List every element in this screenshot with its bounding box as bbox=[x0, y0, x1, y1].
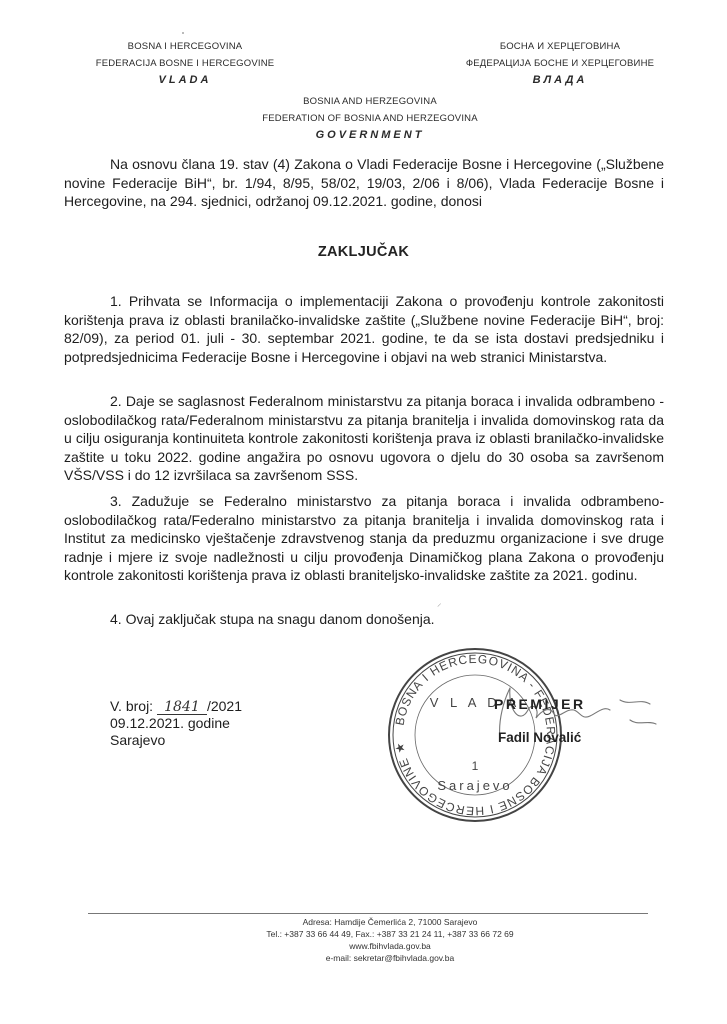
header-left-country: BOSNA I HERCEGOVINA bbox=[70, 38, 300, 55]
footer-divider bbox=[88, 913, 648, 914]
signatory-name: Fadil Novalić bbox=[498, 730, 581, 745]
reference-number-label: V. broj: bbox=[110, 698, 153, 714]
header-right-country: БОСНА И ХЕРЦЕГОВИНА bbox=[430, 38, 690, 55]
header-center-government: GOVERNMENT bbox=[210, 127, 530, 144]
document-title: ZAKLJUČAK bbox=[0, 244, 727, 260]
reference-number-handwritten: 1841 bbox=[157, 700, 207, 715]
reference-number-year: /2021 bbox=[207, 698, 242, 714]
header-right-federation: ФЕДЕРАЦИЈА БОСНЕ И ХЕРЦЕГОВИНЕ bbox=[430, 55, 690, 72]
footer-address: Adresa: Hamdije Čemerlića 2, 71000 Saraj… bbox=[200, 916, 580, 928]
footer-contact: Adresa: Hamdije Čemerlića 2, 71000 Saraj… bbox=[200, 916, 580, 964]
document-place: Sarajevo bbox=[110, 732, 242, 749]
stamp-inner-city: Sarajevo bbox=[437, 778, 512, 793]
footer-phone-fax: Tel.: +387 33 66 44 49, Fax.: +387 33 21… bbox=[200, 928, 580, 940]
conclusion-item-2: 2. Daje se saglasnost Federalnom minista… bbox=[64, 392, 664, 485]
footer-email-link[interactable]: e-mail: sekretar@fbihvlada.gov.ba bbox=[200, 952, 580, 964]
header-left-latin: BOSNA I HERCEGOVINA FEDERACIJA BOSNE I H… bbox=[70, 38, 300, 89]
conclusion-item-3: 3. Zadužuje se Federalno ministarstvo za… bbox=[64, 492, 664, 585]
conclusion-item-1: 1. Prihvata se Informacija o implementac… bbox=[64, 292, 664, 366]
document-reference-block: V. broj: 1841/2021 09.12.2021. godine Sa… bbox=[110, 698, 242, 749]
scan-artifact bbox=[182, 32, 184, 34]
header-center-federation: FEDERATION OF BOSNIA AND HERZEGOVINA bbox=[210, 110, 530, 127]
header-right-government: ВЛАДА bbox=[430, 72, 690, 89]
conclusion-item-4: 4. Ovaj zaključak stupa na snagu danom d… bbox=[64, 610, 664, 629]
scan-artifact: ⸝ bbox=[437, 596, 442, 609]
header-center-english: BOSNIA AND HERZEGOVINA FEDERATION OF BOS… bbox=[210, 93, 530, 144]
header-center-country: BOSNIA AND HERZEGOVINA bbox=[210, 93, 530, 110]
signatory-title: PREMIJER bbox=[494, 696, 586, 712]
stamp-inner-number: 1 bbox=[472, 759, 479, 773]
document-date: 09.12.2021. godine bbox=[110, 715, 242, 732]
header-left-federation: FEDERACIJA BOSNE I HERCEGOVINE bbox=[70, 55, 300, 72]
header-left-government: VLADA bbox=[70, 72, 300, 89]
preamble-paragraph: Na osnovu člana 19. stav (4) Zakona o Vl… bbox=[64, 155, 664, 211]
reference-number: V. broj: 1841/2021 bbox=[110, 698, 242, 715]
footer-website-link[interactable]: www.fbihvlada.gov.ba bbox=[200, 940, 580, 952]
header-right-cyrillic: БОСНА И ХЕРЦЕГОВИНА ФЕДЕРАЦИЈА БОСНЕ И Х… bbox=[430, 38, 690, 89]
